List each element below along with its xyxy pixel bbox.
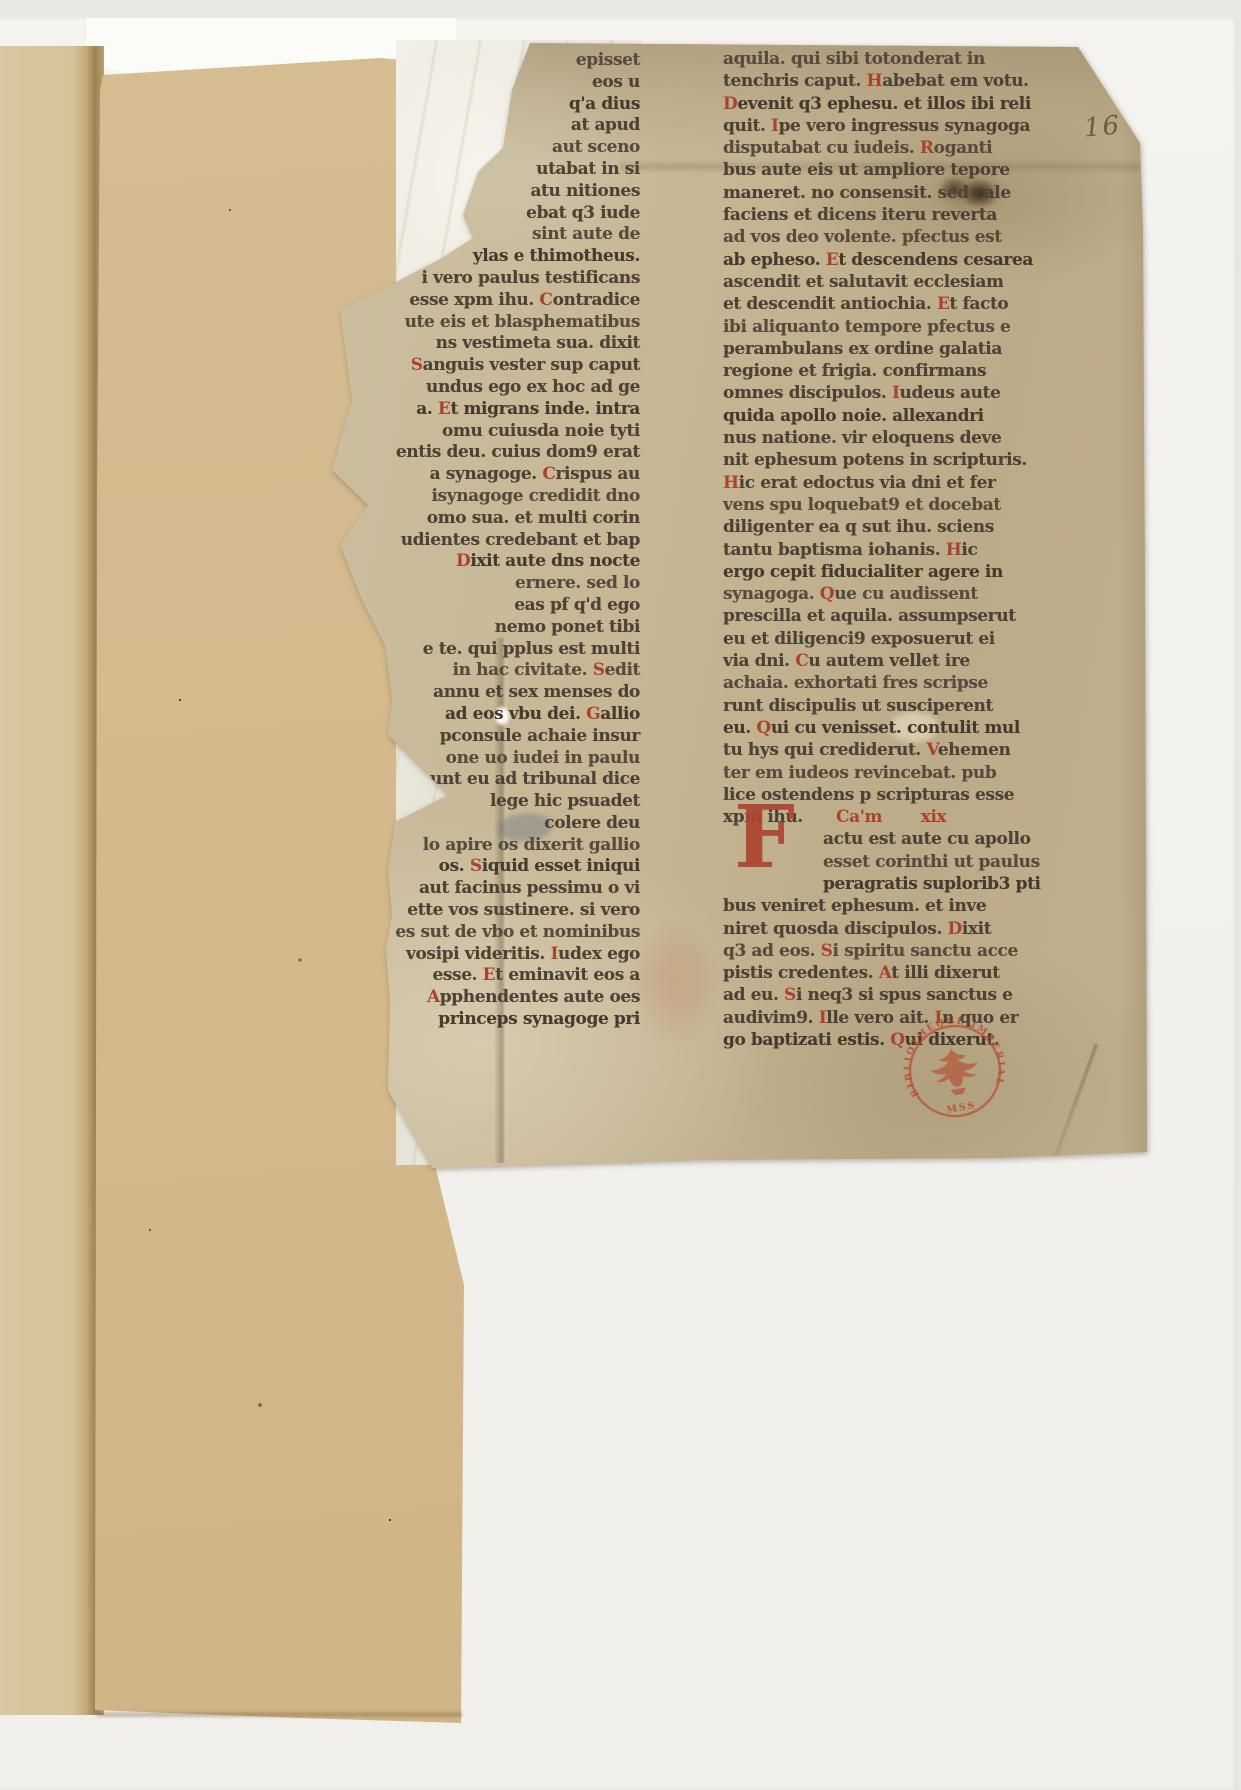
gutter-page-tan: [0, 46, 104, 1715]
text-line: sint aute de: [330, 224, 640, 246]
text-line: synagoga. Que cu audissent: [723, 583, 1083, 605]
text-line: at apud: [330, 115, 640, 137]
parchment-leaf-wrap: episseteos uq'a diusat apudaut scenoutab…: [330, 38, 1152, 1180]
text-line: ns vestimeta sua. dixit: [330, 333, 640, 355]
text-line: eu et diligenci9 exposuerut ei: [723, 628, 1083, 650]
text-line: lege hic psuadet: [330, 791, 640, 813]
text-line: Sanguis vester sup caput: [330, 355, 640, 377]
text-line: ascendit et salutavit ecclesiam: [723, 271, 1083, 293]
text-column-left: episseteos uq'a diusat apudaut scenoutab…: [330, 50, 640, 1031]
text-line: via dni. Cu autem vellet ire: [723, 650, 1083, 672]
text-line: nus natione. vir eloquens deve: [723, 427, 1083, 449]
kraft-sheet-edge-shadow: [97, 1712, 462, 1717]
text-line: Hic erat edoctus via dni et fer: [723, 472, 1083, 494]
text-line: ter em iudeos revincebat. pub: [723, 762, 1083, 784]
text-line: pistis credentes. At illi dixerut: [723, 962, 1083, 984]
text-line: esse. Et eminavit eos a: [330, 965, 640, 987]
text-line: omnes discipulos. Iudeus aute: [723, 382, 1083, 404]
text-line: tantu baptisma iohanis. Hic: [723, 539, 1083, 561]
text-line: os. Siquid esset iniqui: [330, 856, 640, 878]
parchment-leaf: episseteos uq'a diusat apudaut scenoutab…: [330, 38, 1152, 1180]
text-line: eas pf q'd ego: [330, 595, 640, 617]
manuscript-photo: episseteos uq'a diusat apudaut scenoutab…: [0, 0, 1241, 1790]
text-line: quida apollo noie. allexandri: [723, 405, 1083, 427]
text-line: runt discipulis ut susciperent: [723, 695, 1083, 717]
text-line: ab epheso. Et descendens cesarea: [723, 249, 1083, 271]
text-line: bus veniret ephesum. et inve: [723, 895, 1083, 917]
text-line: i vero paulus testificans: [330, 268, 640, 290]
text-line: prescilla et aquila. assumpserut: [723, 605, 1083, 627]
text-line: lo apire os dixerit gallio: [330, 835, 640, 857]
text-line: Apphendentes aute oes: [330, 987, 640, 1009]
text-line: q'a dius: [330, 94, 640, 116]
text-line: aquila. qui sibi totonderat in: [723, 48, 1083, 70]
text-line: utabat in si: [330, 159, 640, 181]
text-line: maneret. no consensit. sed vale: [723, 182, 1083, 204]
text-line: vens spu loquebat9 et docebat: [723, 494, 1083, 516]
corner-crease: [1050, 1043, 1099, 1168]
text-line: Devenit q3 ephesu. et illos ibi reli: [723, 93, 1083, 115]
text-line: eos u: [330, 72, 640, 94]
text-line: colere deu: [330, 813, 640, 835]
text-line: princeps synagoge pri: [330, 1009, 640, 1031]
text-line: ad vos deo volente. pfectus est: [723, 226, 1083, 248]
text-line: ette vos sustinere. si vero: [330, 900, 640, 922]
text-line: atu nitiones: [330, 181, 640, 203]
text-line: ergo cepit fiducialiter agere in: [723, 561, 1083, 583]
text-line: eu. Qui cu venisset. contulit mul: [723, 717, 1083, 739]
text-line: diligenter ea q sut ihu. sciens: [723, 516, 1083, 538]
text-line: aut facinus pessimu o vi: [330, 878, 640, 900]
text-line: niret quosda discipulos. Dixit: [723, 918, 1083, 940]
text-line: aut sceno: [330, 137, 640, 159]
text-line: Dixit aute dns nocte: [330, 551, 640, 573]
text-line: esse xpm ihu. Contradice: [330, 290, 640, 312]
text-line: vosipi videritis. Iudex ego: [330, 944, 640, 966]
text-line: q3 ad eos. Si spiritu sanctu acce: [723, 940, 1083, 962]
text-line: faciens et dicens iteru reverta: [723, 204, 1083, 226]
text-line: ernere. sed lo: [330, 573, 640, 595]
text-line: ute eis et blasphematibus: [330, 312, 640, 334]
text-line: nemo ponet tibi: [330, 617, 640, 639]
text-line: udientes credebant et bap: [330, 530, 640, 552]
text-line: et descendit antiochia. Et facto: [723, 293, 1083, 315]
rubricated-initial: F: [734, 798, 795, 878]
text-line: tenchris caput. Habebat em votu.: [723, 70, 1083, 92]
text-line: omo sua. et multi corin: [330, 508, 640, 530]
text-line: entis deu. cuius dom9 erat: [330, 442, 640, 464]
text-line: in hac civitate. Sedit: [330, 660, 640, 682]
text-line: tu hys qui crediderut. Vehemen: [723, 739, 1083, 761]
text-line: pconsule achaie insur: [330, 726, 640, 748]
text-line: ad eos vbu dei. Gallio: [330, 704, 640, 726]
text-line: annu et sex menses do: [330, 682, 640, 704]
text-line: quit. Ipe vero ingressus synagoga: [723, 115, 1083, 137]
text-line: nit ephesum potens in scripturis.: [723, 449, 1083, 471]
text-line: ebat q3 iude: [330, 203, 640, 225]
text-line: unt eu ad tribunal dice: [330, 769, 640, 791]
stamp-offset-ghost: [633, 923, 717, 1043]
text-line: omu cuiusda noie tyti: [330, 421, 640, 443]
text-line: one uo iudei in paulu: [330, 748, 640, 770]
text-line: bus aute eis ut ampliore tepore: [723, 159, 1083, 181]
text-line: regione et frigia. confirmans: [723, 360, 1083, 382]
text-line: a synagoge. Crispus au: [330, 464, 640, 486]
library-stamp: BIBLIOTHEQUE IMPERIALE MSS: [891, 1007, 1018, 1134]
text-line: e te. qui pplus est multi: [330, 639, 640, 661]
text-line: isynagoge credidit dno: [330, 486, 640, 508]
text-line: ylas e thimotheus.: [330, 246, 640, 268]
text-line: perambulans ex ordine galatia: [723, 338, 1083, 360]
text-line: a. Et migrans inde. intra: [330, 399, 640, 421]
text-line: ad eu. Si neq3 si spus sanctus e: [723, 984, 1083, 1006]
text-column-right: aquila. qui sibi totonderat intenchris c…: [723, 48, 1083, 1051]
text-line: episset: [330, 50, 640, 72]
text-line: achaia. exhortati fres scripse: [723, 672, 1083, 694]
text-line: disputabat cu iudeis. Roganti: [723, 137, 1083, 159]
folio-number: 16: [1083, 110, 1123, 143]
imperial-eagle-icon: [927, 1044, 982, 1099]
text-line: ibi aliquanto tempore pfectus e: [723, 316, 1083, 338]
text-line: undus ego ex hoc ad ge: [330, 377, 640, 399]
text-line: es sut de vbo et nominibus: [330, 922, 640, 944]
